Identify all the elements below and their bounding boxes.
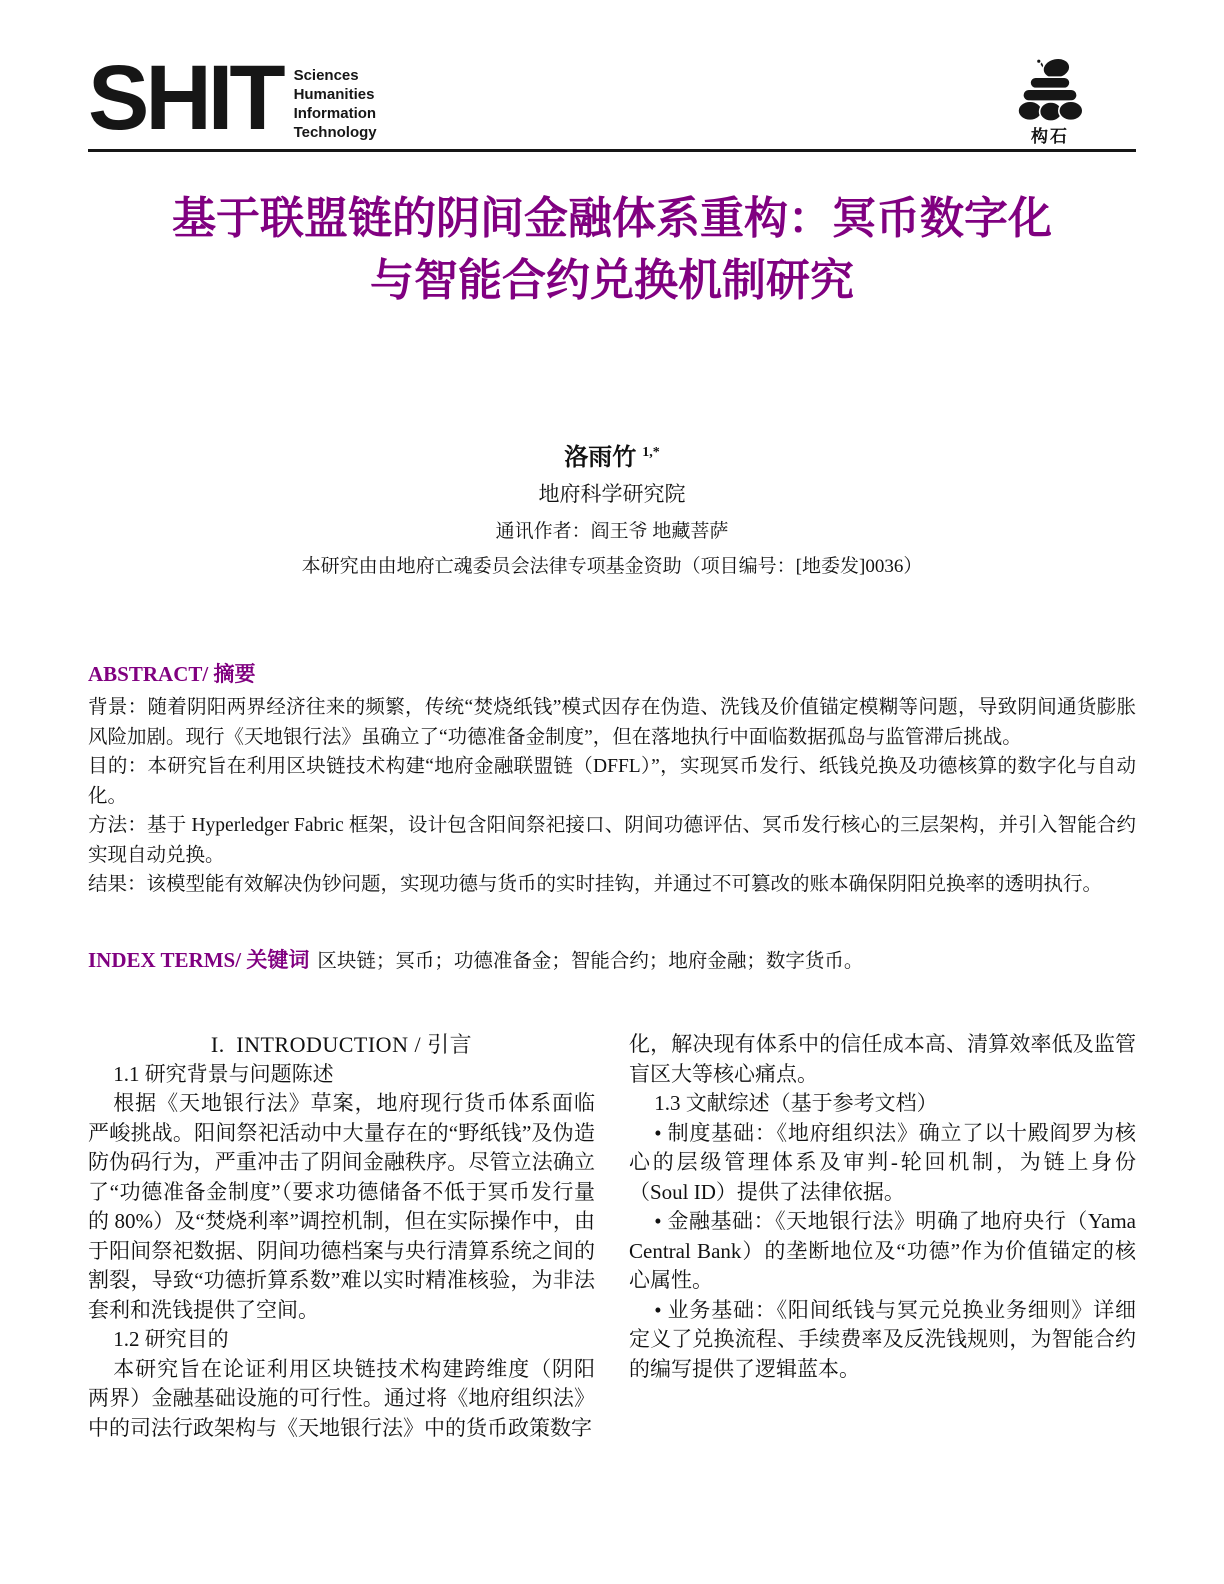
paper-title: 基于联盟链的阴间金融体系重构：冥币数字化与智能合约兑换机制研究 — [152, 188, 1072, 312]
stacked-stones-icon — [1000, 56, 1100, 124]
introduction-heading: I. INTRODUCTION / 引言 — [88, 1030, 595, 1060]
journal-logo-text: SHIT — [88, 56, 282, 140]
index-terms-section: INDEX TERMS/ 关键词区块链；冥币；功德准备金；智能合约；地府金融；数… — [88, 946, 1136, 976]
logo-subtitle-line: Technology — [294, 123, 377, 142]
publisher-emblem: 构石 — [1000, 56, 1100, 147]
abstract-paragraph-background: 背景：随着阴阳两界经济往来的频繁，传统“焚烧纸钱”模式因存在伪造、洗钱及价值锚定… — [88, 693, 1136, 752]
logo-subtitle-line: Humanities — [294, 85, 377, 104]
abstract-body: 背景：随着阴阳两界经济往来的频繁，传统“焚烧纸钱”模式因存在伪造、洗钱及价值锚定… — [88, 693, 1136, 900]
emblem-label: 构石 — [1000, 122, 1100, 147]
index-terms-label-en: INDEX TERMS — [88, 948, 235, 972]
abstract-label-en: ABSTRACT — [88, 662, 202, 686]
author-name: 洛雨竹 1,* — [0, 437, 1224, 472]
index-terms-list: 区块链；冥币；功德准备金；智能合约；地府金融；数字货币。 — [317, 951, 863, 972]
subheading-1-3: 1.3 文献综述（基于参考文档） — [629, 1089, 1136, 1119]
intro-paragraph: 根据《天地银行法》草案，地府现行货币体系面临严峻挑战。阳间祭祀活动中大量存在的“… — [88, 1089, 595, 1325]
logo-subtitle-line: Information — [294, 104, 377, 123]
author-superscript: 1,* — [642, 445, 660, 460]
author-affiliation: 地府科学研究院 — [0, 478, 1224, 508]
intro-right-column: 化，解决现有体系中的信任成本高、清算效率低及监管盲区大等核心痛点。 1.3 文献… — [629, 1030, 1136, 1384]
journal-logo-subtitle: Sciences Humanities Information Technolo… — [294, 56, 377, 142]
intro-paragraph-continued: 化，解决现有体系中的信任成本高、清算效率低及监管盲区大等核心痛点。 — [629, 1030, 1136, 1089]
masthead-divider — [88, 149, 1136, 152]
subheading-1-1: 1.1 研究背景与问题陈述 — [88, 1060, 595, 1090]
subheading-1-2: 1.2 研究目的 — [88, 1325, 595, 1355]
abstract-heading: ABSTRACT/ 摘要 — [88, 658, 1136, 688]
masthead: SHIT Sciences Humanities Information Tec… — [88, 56, 1136, 147]
logo-subtitle-line: Sciences — [294, 66, 377, 85]
abstract-label-zh: / 摘要 — [202, 662, 255, 686]
author-name-text: 洛雨竹 — [564, 445, 636, 471]
author-block: 洛雨竹 1,* 地府科学研究院 通讯作者：阎王爷 地藏菩萨 本研究由由地府亡魂委… — [0, 437, 1224, 578]
abstract-paragraph-objective: 目的：本研究旨在利用区块链技术构建“地府金融联盟链（DFFL）”，实现冥币发行、… — [88, 752, 1136, 811]
bullet-institutional-basis: • 制度基础：《地府组织法》确立了以十殿阎罗为核心的层级管理体系及审判-轮回机制… — [629, 1119, 1136, 1208]
funding-statement: 本研究由由地府亡魂委员会法律专项基金资助（项目编号：[地委发]0036） — [0, 551, 1224, 578]
corresponding-authors: 通讯作者：阎王爷 地藏菩萨 — [0, 516, 1224, 543]
intro-left-column: I. INTRODUCTION / 引言 1.1 研究背景与问题陈述 根据《天地… — [88, 1030, 595, 1443]
abstract-paragraph-result: 结果：该模型能有效解决伪钞问题，实现功德与货币的实时挂钩，并通过不可篡改的账本确… — [88, 870, 1136, 900]
journal-logo: SHIT Sciences Humanities Information Tec… — [88, 56, 377, 142]
abstract-section: ABSTRACT/ 摘要 背景：随着阴阳两界经济往来的频繁，传统“焚烧纸钱”模式… — [88, 658, 1136, 900]
bullet-financial-basis: • 金融基础：《天地银行法》明确了地府央行（Yama Central Bank）… — [629, 1207, 1136, 1296]
abstract-paragraph-method: 方法：基于 Hyperledger Fabric 框架，设计包含阳间祭祀接口、阴… — [88, 811, 1136, 870]
intro-paragraph: 本研究旨在论证利用区块链技术构建跨维度（阴阳两界）金融基础设施的可行性。通过将《… — [88, 1355, 595, 1444]
paper-page: SHIT Sciences Humanities Information Tec… — [0, 0, 1224, 1584]
index-terms-label-zh: / 关键词 — [235, 948, 309, 972]
bullet-business-basis: • 业务基础：《阳间纸钱与冥元兑换业务细则》详细定义了兑换流程、手续费率及反洗钱… — [629, 1296, 1136, 1385]
introduction-section: I. INTRODUCTION / 引言 1.1 研究背景与问题陈述 根据《天地… — [88, 1030, 1136, 1443]
